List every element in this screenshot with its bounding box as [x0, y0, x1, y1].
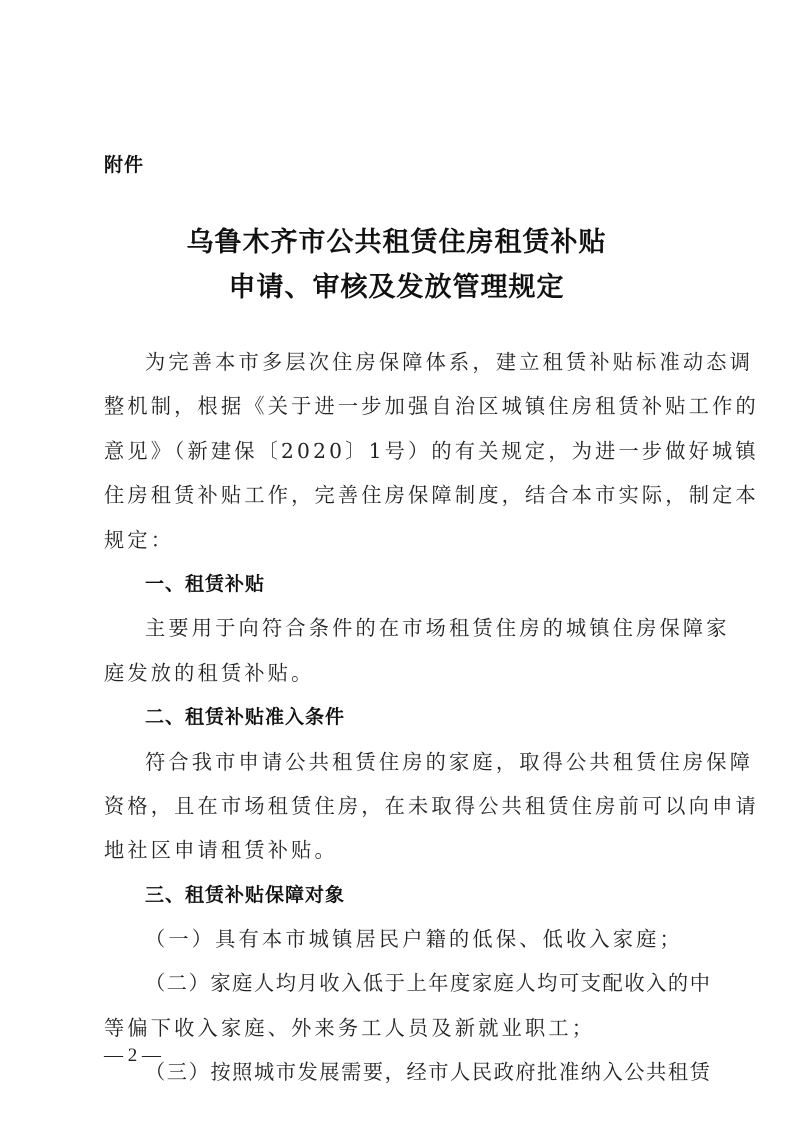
- preamble-paragraph: 为完善本市多层次住房保障体系，建立租赁补贴标准动态调 整机制，根据《关于进一步加…: [104, 340, 692, 562]
- attachment-label: 附件: [104, 150, 144, 177]
- title-line-1: 乌鲁木齐市公共租赁住房租赁补贴: [0, 220, 793, 265]
- text-line: 资格，且在市场租赁住房，在未取得公共租赁住房前可以向申请: [104, 784, 692, 828]
- section-1: 一、租赁补贴 主要用于向符合条件的在市场租赁住房的城镇住房保障家 庭发放的租赁补…: [104, 562, 692, 695]
- list-item: （二）家庭人均月收入低于上年度家庭人均可支配收入的中: [104, 961, 692, 1005]
- section-heading: 三、租赁补贴保障对象: [104, 873, 692, 917]
- document-title: 乌鲁木齐市公共租赁住房租赁补贴 申请、审核及发放管理规定: [0, 220, 793, 310]
- text-line: 等偏下收入家庭、外来务工人员及新就业职工；: [104, 1006, 692, 1050]
- title-line-2: 申请、审核及发放管理规定: [0, 265, 793, 310]
- text-line: 意见》（新建保〔2020〕1号）的有关规定，为进一步做好城镇: [104, 429, 692, 473]
- section-2: 二、租赁补贴准入条件 符合我市申请公共租赁住房的家庭，取得公共租赁住房保障 资格…: [104, 695, 692, 873]
- text-line: 为完善本市多层次住房保障体系，建立租赁补贴标准动态调: [104, 340, 692, 384]
- text-line: 地社区申请租赁补贴。: [104, 828, 692, 872]
- text-line: 整机制，根据《关于进一步加强自治区城镇住房租赁补贴工作的: [104, 384, 692, 428]
- text-line: 主要用于向符合条件的在市场租赁住房的城镇住房保障家: [104, 606, 692, 650]
- page-number: — 2 —: [104, 1045, 161, 1067]
- text-line: 符合我市申请公共租赁住房的家庭，取得公共租赁住房保障: [104, 740, 692, 784]
- text-line: 规定：: [104, 518, 692, 562]
- text-line: 住房租赁补贴工作，完善住房保障制度，结合本市实际，制定本: [104, 473, 692, 517]
- list-item: （一）具有本市城镇居民户籍的低保、低收入家庭；: [104, 917, 692, 961]
- section-heading: 一、租赁补贴: [104, 562, 692, 606]
- text-line: 庭发放的租赁补贴。: [104, 651, 692, 695]
- list-item: （三）按照城市发展需要，经市人民政府批准纳入公共租赁: [104, 1050, 692, 1094]
- section-3: 三、租赁补贴保障对象 （一）具有本市城镇居民户籍的低保、低收入家庭； （二）家庭…: [104, 873, 692, 1095]
- section-heading: 二、租赁补贴准入条件: [104, 695, 692, 739]
- document-body: 为完善本市多层次住房保障体系，建立租赁补贴标准动态调 整机制，根据《关于进一步加…: [104, 340, 692, 1095]
